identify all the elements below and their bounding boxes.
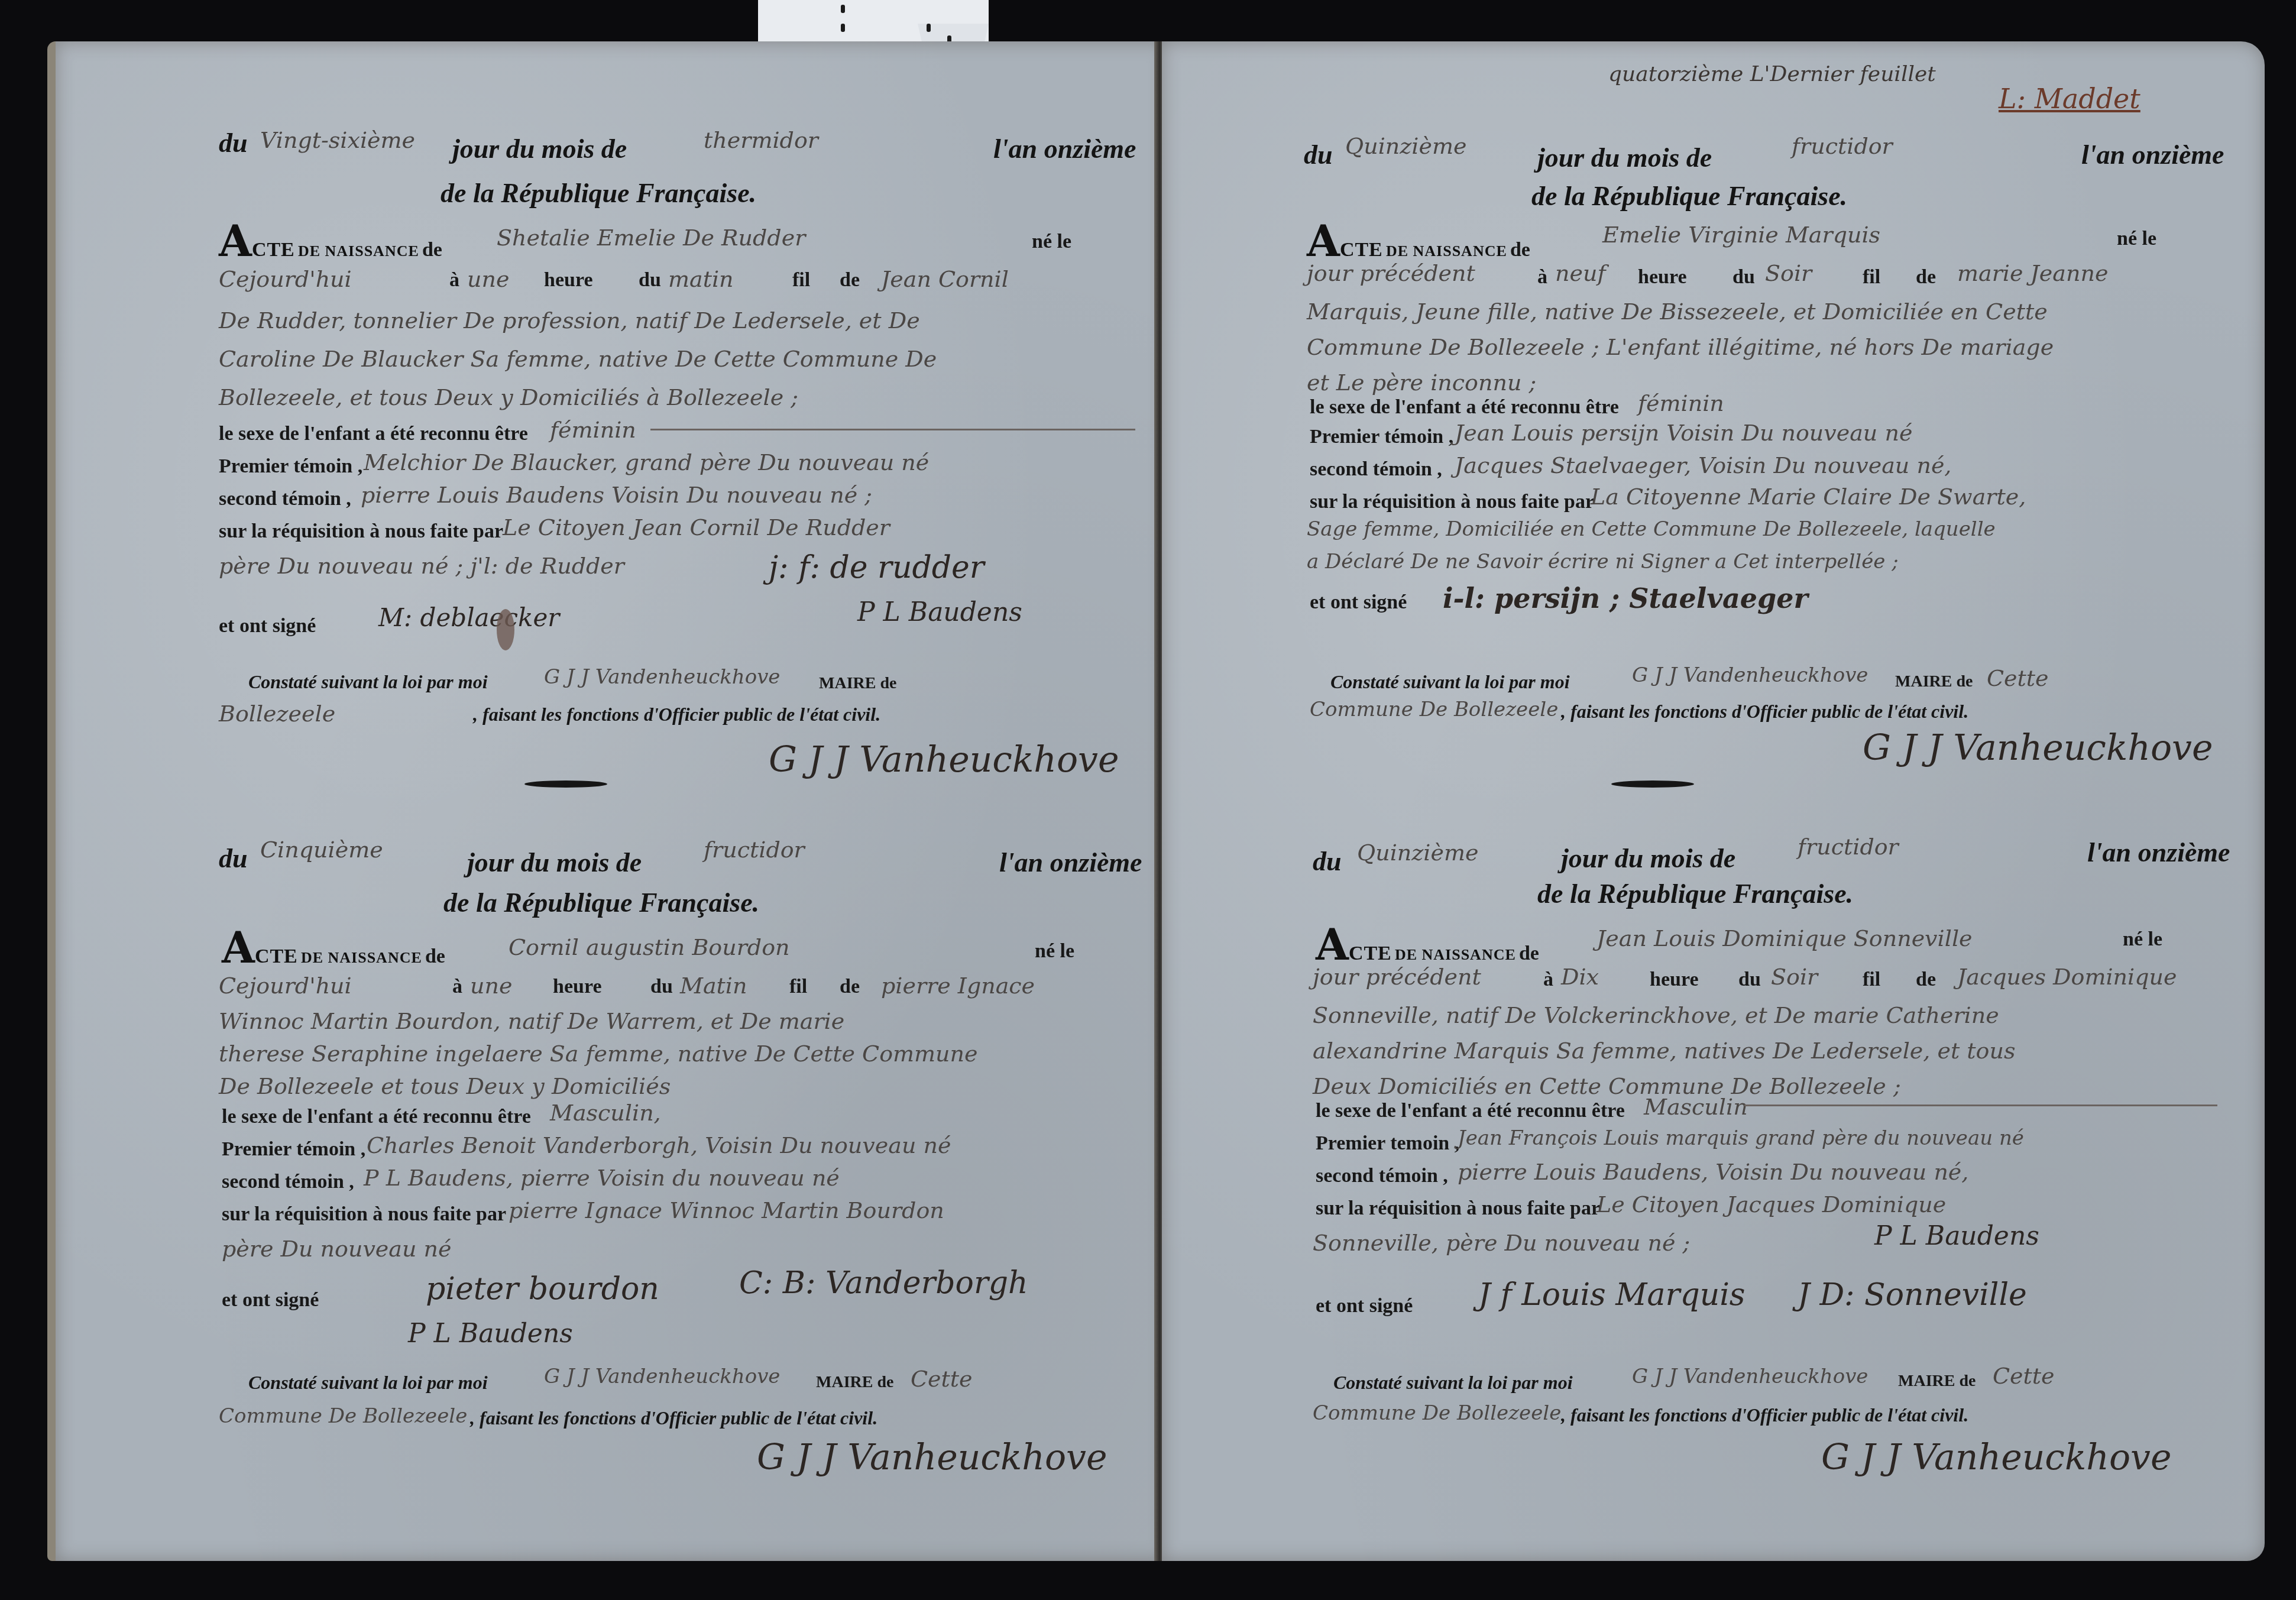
requisition-1: La Citoyenne Marie Claire De Swarte, — [1591, 484, 2026, 510]
label-an: l'an onzième — [999, 847, 1142, 878]
body-line-2: alexandrine Marquis Sa femme, natives De… — [1313, 1038, 2015, 1064]
label-sexe: le sexe de l'enfant a été reconnu être — [1316, 1100, 1625, 1122]
birth-hour: neuf — [1555, 260, 1606, 286]
acte-initial: A — [1316, 919, 1349, 970]
label-heure: heure — [1638, 266, 1686, 289]
label-du: du — [1304, 139, 1333, 170]
requisition-2: père Du nouveau né ; j'l: de Rudder — [219, 553, 624, 579]
label-second-temoin: second témoin , — [1316, 1165, 1448, 1187]
label-sexe: le sexe de l'enfant a été reconnu être — [1310, 396, 1619, 419]
label-ne-le: né le — [2117, 228, 2156, 250]
witness-2: pierre Louis Baudens Voisin Du nouveau n… — [361, 482, 872, 508]
label-republique: de la République Française. — [441, 177, 756, 209]
signature: P L Baudens — [408, 1319, 573, 1349]
act-day: Cinquième — [260, 837, 383, 863]
mayor-name: G J J Vandenheuckhove — [1632, 663, 1868, 687]
label-jour-du-mois: jour du mois de — [452, 133, 627, 164]
de-naissance-label: DE NAISSANCE — [298, 242, 419, 260]
label-du: du — [219, 127, 248, 158]
label-jour-du-mois: jour du mois de — [467, 847, 642, 878]
acte-initial: A — [222, 922, 255, 973]
signature: C: B: Vanderborgh — [739, 1265, 1028, 1301]
label-fonctions: , faisant les fonctions d'Officier publi… — [1561, 1404, 1968, 1426]
act-month: fructidor — [1798, 834, 1899, 860]
child-sex: féminin — [1638, 390, 1724, 416]
commune-name: Commune De Bollezeele — [219, 1404, 467, 1428]
child-name: Shetalie Emelie De Rudder — [497, 225, 805, 251]
birth-hour: Dix — [1561, 964, 1599, 990]
date-ref: Cejourd'hui — [219, 266, 352, 292]
tab-mark — [841, 5, 845, 13]
child-sex: Masculin — [1644, 1094, 1748, 1120]
fill-rule — [650, 429, 1135, 430]
de-label: de — [425, 945, 445, 967]
label-de-parent: de — [840, 269, 860, 292]
commune-name: Bollezeele — [219, 701, 335, 727]
mayor-signature: G J J Vanheuckhove — [1821, 1437, 2171, 1478]
label-constate: Constaté suivant la loi par moi — [1330, 671, 1570, 693]
signature: P L Baudens — [857, 597, 1022, 627]
acte-rest: CTE — [252, 239, 295, 261]
signature: pieter bourdon — [426, 1271, 659, 1307]
child-sex: féminin — [550, 417, 636, 443]
signature: P L Baudens — [1874, 1221, 2039, 1251]
act-day: Quinzième — [1357, 840, 1478, 866]
label-de-parent: de — [840, 976, 860, 998]
body-line-2: Caroline De Blaucker Sa femme, native De… — [219, 346, 937, 372]
label-de-parent: de — [1916, 969, 1936, 991]
act-month: thermidor — [704, 127, 818, 153]
tab-mark — [927, 24, 931, 32]
birth-period: Soir — [1765, 260, 1812, 286]
acte-rest: CTE — [1349, 942, 1392, 964]
label-maire: MAIRE de — [816, 1373, 893, 1392]
date-ref: Cejourd'hui — [219, 973, 352, 999]
witness-2: P L Baudens, pierre Voisin du nouveau né — [364, 1165, 840, 1191]
label-fils: fil — [1863, 969, 1880, 991]
mayor-name: G J J Vandenheuckhove — [1632, 1365, 1868, 1388]
birth-period: matin — [668, 266, 734, 292]
label-de-parent: de — [1916, 266, 1936, 289]
de-naissance-label: DE NAISSANCE — [1395, 946, 1516, 963]
commune-name: Commune De Bollezeele — [1313, 1401, 1561, 1425]
de-label: de — [1519, 942, 1539, 964]
fill-rule — [1744, 1105, 2217, 1106]
label-ont-signe: et ont signé — [1316, 1295, 1413, 1317]
label-heure: heure — [553, 976, 601, 998]
label-du-period: du — [1732, 266, 1755, 289]
margin-note: quatorzième L'Dernier feuillet — [1608, 62, 1936, 86]
label-second-temoin: second témoin , — [219, 488, 351, 510]
witness-2: pierre Louis Baudens, Voisin Du nouveau … — [1458, 1159, 1968, 1185]
label-republique: de la République Française. — [1537, 878, 1853, 909]
maire-suffix: Cette — [1987, 665, 2049, 691]
acte-heading: ACTE DE NAISSANCE de — [222, 922, 445, 973]
birth-period: Soir — [1771, 964, 1818, 990]
witness-1: Melchior De Blaucker, grand père Du nouv… — [364, 449, 929, 475]
label-constate: Constaté suivant la loi par moi — [1333, 1372, 1573, 1394]
act-month: fructidor — [704, 837, 805, 863]
label-second-temoin: second témoin , — [1310, 458, 1442, 481]
birth-period: Matin — [680, 973, 747, 999]
label-du-period: du — [1738, 969, 1761, 991]
ink-rule — [524, 780, 607, 788]
label-sexe: le sexe de l'enfant a été reconnu être — [222, 1106, 531, 1128]
date-ref: jour précédent — [1307, 260, 1475, 286]
body-line-1: Marquis, Jeune fille, native De Bissezee… — [1307, 299, 2048, 325]
label-second-temoin: second témoin , — [222, 1171, 354, 1193]
body-line-3: et Le père inconnu ; — [1307, 370, 1536, 396]
signature: j: f: de rudder — [769, 550, 985, 585]
witness-2: Jacques Staelvaeger, Voisin Du nouveau n… — [1455, 452, 1951, 478]
act-month: fructidor — [1792, 133, 1893, 159]
label-jour-du-mois: jour du mois de — [1537, 142, 1712, 173]
label-premier-temoin: Premier temoin , — [1316, 1132, 1459, 1155]
requisition-1: Le Citoyen Jacques Dominique — [1596, 1191, 1946, 1217]
label-du: du — [1313, 846, 1342, 877]
label-ne-le: né le — [1035, 940, 1074, 963]
mayor-signature: G J J Vanheuckhove — [769, 739, 1119, 780]
label-an: l'an onzième — [993, 133, 1136, 164]
registry-stamp: L: Maddet — [1999, 83, 2140, 115]
signature: M: deblaecker — [378, 603, 559, 632]
label-sexe: le sexe de l'enfant a été reconnu être — [219, 423, 528, 445]
label-fonctions: , faisant les fonctions d'Officier publi… — [1561, 701, 1968, 723]
acte-rest: CTE — [255, 945, 298, 967]
parent-name: pierre Ignace — [881, 973, 1035, 999]
de-naissance-label: DE NAISSANCE — [301, 949, 422, 966]
label-requisition: sur la réquisition à nous faite par — [1310, 491, 1594, 513]
mayor-name: G J J Vandenheuckhove — [544, 1365, 780, 1388]
label-republique: de la République Française. — [443, 887, 759, 918]
body-line-3: Deux Domiciliés en Cette Commune De Boll… — [1313, 1073, 1901, 1099]
commune-name: Commune De Bollezeele — [1310, 698, 1558, 721]
label-heure: heure — [544, 269, 592, 292]
acte-initial: A — [1307, 216, 1340, 266]
witness-1: Jean François Louis marquis grand père d… — [1458, 1126, 2024, 1150]
body-line-1: De Rudder, tonnelier De profession, nati… — [219, 307, 920, 333]
label-requisition: sur la réquisition à nous faite par — [1316, 1197, 1600, 1220]
witness-1: Jean Louis persijn Voisin Du nouveau né — [1455, 420, 1912, 446]
body-line-2: therese Seraphine ingelaere Sa femme, na… — [219, 1041, 978, 1067]
signature: J D: Sonneville — [1798, 1277, 2027, 1313]
body-line-3: De Bollezeele et tous Deux y Domiciliés — [219, 1073, 671, 1099]
label-heure: heure — [1650, 969, 1698, 991]
acte-initial: A — [219, 216, 252, 266]
body-line-1: Sonneville, natif De Volckerinckhove, et… — [1313, 1002, 1999, 1028]
de-naissance-label: DE NAISSANCE — [1386, 242, 1507, 260]
label-premier-temoin: Premier témoin , — [222, 1138, 365, 1161]
parent-name: marie Jeanne — [1957, 260, 2108, 286]
label-ont-signe: et ont signé — [1310, 591, 1407, 614]
label-du-period: du — [639, 269, 661, 292]
label-ne-le: né le — [1032, 231, 1071, 253]
label-ne-le: né le — [2123, 928, 2162, 951]
label-du: du — [219, 843, 248, 874]
label-fils: fil — [792, 269, 810, 292]
requisition-3: a Déclaré De ne Savoir écrire ni Signer … — [1307, 550, 1899, 574]
signature: J f Louis Marquis — [1478, 1277, 1746, 1313]
label-fils: fil — [789, 976, 807, 998]
child-name: Jean Louis Dominique Sonneville — [1596, 925, 1973, 951]
label-fonctions: , faisant les fonctions d'Officier publi… — [470, 1407, 877, 1429]
label-a: à — [449, 269, 459, 292]
label-fonctions: , faisant les fonctions d'Officier publi… — [473, 704, 880, 725]
birth-hour: une — [467, 266, 509, 292]
label-an: l'an onzième — [2087, 837, 2230, 868]
date-ref: jour précédent — [1313, 964, 1481, 990]
label-requisition: sur la réquisition à nous faite par — [222, 1203, 506, 1226]
label-ont-signe: et ont signé — [219, 615, 316, 637]
maire-suffix: Cette — [911, 1366, 973, 1392]
parent-name: Jacques Dominique — [1957, 964, 2177, 990]
requisition-2: Sonneville, père Du nouveau né ; — [1313, 1230, 1690, 1256]
ink-stain — [497, 609, 514, 650]
signature: i-l: persijn ; Staelvaeger — [1443, 582, 1808, 614]
ink-rule — [1611, 780, 1694, 788]
label-an: l'an onzième — [2081, 139, 2224, 170]
label-maire: MAIRE de — [1895, 672, 1973, 691]
body-line-2: Commune De Bollezeele ; L'enfant illégit… — [1307, 334, 2054, 360]
child-name: Cornil augustin Bourdon — [509, 934, 790, 960]
label-a: à — [1537, 266, 1547, 289]
label-constate: Constaté suivant la loi par moi — [248, 671, 488, 693]
body-line-3: Bollezeele, et tous Deux y Domiciliés à … — [219, 384, 798, 410]
mayor-signature: G J J Vanheuckhove — [1863, 727, 2213, 769]
label-constate: Constaté suivant la loi par moi — [248, 1372, 488, 1394]
requisition-1: Le Citoyen Jean Cornil De Rudder — [503, 514, 890, 540]
label-ont-signe: et ont signé — [222, 1289, 319, 1311]
acte-heading: ACTE DE NAISSANCE de — [1307, 216, 1530, 266]
requisition-2: Sage femme, Domiciliée en Cette Commune … — [1307, 517, 1996, 541]
label-du-period: du — [650, 976, 673, 998]
label-maire: MAIRE de — [819, 674, 896, 693]
act-day: Vingt-sixième — [260, 127, 415, 153]
maire-suffix: Cette — [1993, 1363, 2055, 1389]
birth-hour: une — [470, 973, 512, 999]
requisition-2: père Du nouveau né — [222, 1236, 452, 1262]
child-sex: Masculin, — [550, 1100, 661, 1126]
de-label: de — [422, 239, 442, 261]
acte-rest: CTE — [1340, 239, 1383, 261]
body-line-1: Winnoc Martin Bourdon, natif De Warrem, … — [219, 1008, 844, 1034]
label-jour-du-mois: jour du mois de — [1561, 843, 1735, 874]
tab-mark — [841, 24, 845, 32]
mayor-name: G J J Vandenheuckhove — [544, 665, 780, 689]
act-day: Quinzième — [1345, 133, 1466, 159]
de-label: de — [1510, 239, 1530, 261]
label-premier-temoin: Premier témoin , — [219, 455, 362, 478]
parent-name: Jean Cornil — [881, 266, 1009, 292]
mayor-signature: G J J Vanheuckhove — [757, 1437, 1107, 1478]
label-a: à — [452, 976, 462, 998]
acte-heading: ACTE DE NAISSANCE de — [1316, 919, 1539, 970]
witness-1: Charles Benoit Vanderborgh, Voisin Du no… — [367, 1132, 951, 1158]
label-premier-temoin: Premier témoin , — [1310, 426, 1453, 448]
acte-heading: ACTE DE NAISSANCE de — [219, 216, 442, 266]
label-a: à — [1543, 969, 1553, 991]
requisition-1: pierre Ignace Winnoc Martin Bourdon — [509, 1197, 944, 1223]
child-name: Emelie Virginie Marquis — [1602, 222, 1880, 248]
label-fils: fil — [1863, 266, 1880, 289]
label-maire: MAIRE de — [1898, 1372, 1976, 1391]
label-requisition: sur la réquisition à nous faite par — [219, 520, 503, 543]
label-republique: de la République Française. — [1531, 180, 1847, 212]
